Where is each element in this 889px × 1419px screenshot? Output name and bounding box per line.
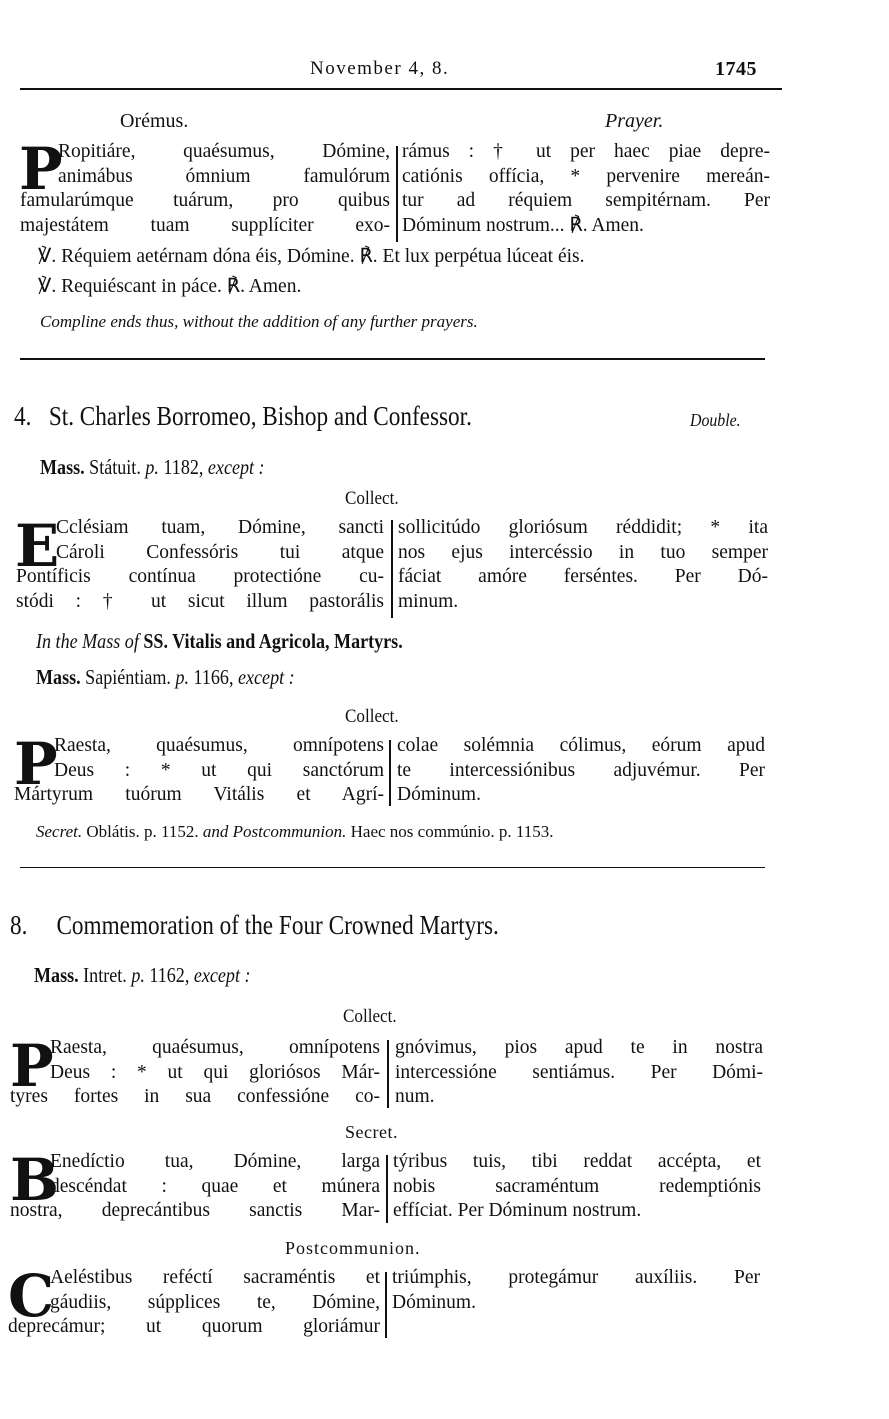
dropcap: P: [10, 1041, 54, 1091]
section-divider: [20, 867, 765, 868]
mass-page: 1182,: [163, 455, 203, 479]
text-line: Cclésiam tuam, Dómine, sancti: [56, 516, 384, 541]
text-line: famularúmque tuárum, pro quibus: [20, 189, 390, 214]
secret-heading: Secret.: [345, 1122, 398, 1143]
text-line: sollicitúdo gloriósum réddidit; * ita: [398, 516, 768, 541]
running-title: November 4, 8.: [310, 58, 449, 80]
text-line: tur ad réquiem sempitérnam. Per: [402, 189, 770, 214]
except-label: except :: [194, 963, 251, 987]
collect2-latin-right: colae solémnia cólimus, eórum apud te in…: [397, 734, 765, 808]
commemoration-title: SS. Vitalis and Agricola, Martyrs.: [143, 629, 402, 653]
text-line: nos ejus intercéssio in tuo semper: [398, 541, 768, 566]
feast-day-number: 8.: [10, 910, 27, 940]
page-number: 1745: [715, 58, 757, 81]
oremus-heading: Orémus.: [120, 110, 188, 133]
text-line: rámus : † ut per haec piae depre-: [402, 140, 770, 165]
mass-reference: Mass. Státuit. p. 1182, except :: [40, 455, 265, 480]
page-prefix: p.: [175, 665, 189, 689]
postcommunion-latin-left: C Aeléstibus reféctí sacraméntis et gáud…: [8, 1266, 380, 1340]
feast-title: Commemoration of the Four Crowned Martyr…: [56, 910, 498, 940]
oremus-latin-column: P Ropitiáre, quaésumus, Dómine, animábus…: [20, 140, 390, 238]
text-line: Dóminum.: [392, 1291, 760, 1316]
text-line: Raesta, quaésumus, omnípotens: [54, 734, 384, 759]
secret-page: p. 1152.: [144, 822, 199, 841]
page-prefix: p.: [145, 455, 159, 479]
collect-heading-2: Collect.: [345, 706, 399, 728]
postcommunion-text: Haec nos commúnio.: [351, 822, 495, 841]
text-line: tyres fortes in sua confessióne co-: [10, 1085, 380, 1110]
text-line: Raesta, quaésumus, omnípotens: [50, 1036, 380, 1061]
feast-rank: Double.: [690, 410, 741, 431]
mass-introit: Státuit.: [89, 455, 141, 479]
text-line: Pontíficis contínua protectióne cu-: [16, 565, 384, 590]
column-divider: [391, 520, 393, 618]
text-line: triúmphis, protegámur auxíliis. Per: [392, 1266, 760, 1291]
dropcap: E: [15, 521, 59, 571]
text-line: týribus tuis, tibi reddat accépta, et: [393, 1150, 761, 1175]
text-line: descéndat : quae et múnera: [50, 1175, 380, 1200]
commemoration-prefix: In the Mass of: [36, 629, 139, 653]
text-line: Enedíctio tua, Dómine, larga: [50, 1150, 380, 1175]
mass-page: 1162,: [149, 963, 189, 987]
text-line: gnóvimus, pios apud te in nostra: [395, 1036, 763, 1061]
feast-heading-nov8: 8. Commemoration of the Four Crowned Mar…: [10, 910, 499, 941]
text-line: Mártyrum tuórum Vitális et Agrí-: [14, 783, 384, 808]
text-line: num.: [395, 1085, 763, 1110]
collect-latin-right: sollicitúdo gloriósum réddidit; * ita no…: [398, 516, 768, 614]
mass-introit: Sapiéntiam.: [85, 665, 171, 689]
feast-heading-nov4: 4. St. Charles Borromeo, Bishop and Conf…: [14, 401, 472, 432]
text-line: Deus : * ut qui gloriósos Már-: [50, 1061, 380, 1086]
secret-text: Oblátis.: [86, 822, 139, 841]
collect3-latin-right: gnóvimus, pios apud te in nostra interce…: [395, 1036, 763, 1110]
text-line: Dóminum.: [397, 783, 765, 808]
text-line: majestátem tuam supplíciter exo-: [20, 214, 390, 239]
secret-postcommunion-note: Secret. Oblátis. p. 1152. and Postcommun…: [36, 822, 554, 842]
collect-latin-left: E Cclésiam tuam, Dómine, sancti Cároli C…: [16, 516, 384, 614]
text-line: animábus ómnium famulórum: [58, 165, 390, 190]
postcommunion-latin-right: triúmphis, protegámur auxíliis. Per Dómi…: [392, 1266, 760, 1315]
mass-reference-3: Mass. Intret. p. 1162, except :: [34, 963, 251, 988]
secret-label: Secret.: [36, 822, 82, 841]
secret-latin-left: B Enedíctio tua, Dómine, larga descéndat…: [10, 1150, 380, 1224]
collect-heading-3: Collect.: [343, 1006, 397, 1028]
text-line: catiónis offícia, * pervenire mereán-: [402, 165, 770, 190]
dropcap: P: [14, 739, 58, 789]
commemoration-line: In the Mass of SS. Vitalis and Agricola,…: [36, 629, 403, 654]
header-rule: [20, 88, 782, 90]
collect3-latin-left: P Raesta, quaésumus, omnípotens Deus : *…: [10, 1036, 380, 1110]
collect2-latin-left: P Raesta, quaésumus, omnípotens Deus : *…: [14, 734, 384, 808]
feast-day-number: 4.: [14, 401, 31, 431]
mass-label: Mass.: [40, 455, 85, 479]
postcommunion-heading: Postcommunion.: [285, 1238, 421, 1259]
prayer-continuation-column: rámus : † ut per haec piae depre- catión…: [402, 140, 770, 238]
text-line: Ropitiáre, quaésumus, Dómine,: [58, 140, 390, 165]
collect-heading: Collect.: [345, 488, 399, 510]
except-label: except :: [238, 665, 295, 689]
column-divider: [385, 1272, 387, 1338]
prayer-heading: Prayer.: [605, 110, 663, 133]
section-divider: [20, 358, 765, 360]
text-line: intercessióne sentiámus. Per Dómi-: [395, 1061, 763, 1086]
except-label: except :: [208, 455, 265, 479]
text-line: stódi : † ut sicut illum pastorális: [16, 590, 384, 615]
column-divider: [387, 1040, 389, 1108]
column-divider: [396, 146, 398, 242]
text-line: minum.: [398, 590, 768, 615]
postcommunion-label: and Postcommunion.: [203, 822, 347, 841]
text-line: Cároli Confessóris tui atque: [56, 541, 384, 566]
column-divider: [386, 1155, 388, 1223]
text-line: nobis sacraméntum redemptiónis: [393, 1175, 761, 1200]
text-line: colae solémnia cólimus, eórum apud: [397, 734, 765, 759]
feast-title: St. Charles Borromeo, Bishop and Confess…: [49, 401, 472, 431]
versicle-requiescant: ℣. Requiéscant in páce. ℟. Amen.: [38, 274, 301, 298]
text-line: nostra, deprecántibus sanctis Mar-: [10, 1199, 380, 1224]
mass-page: 1166,: [194, 665, 234, 689]
text-line: effíciat. Per Dóminum nostrum.: [393, 1199, 761, 1224]
text-line: te intercessiónibus adjuvémur. Per: [397, 759, 765, 784]
rubric-compline: Compline ends thus, without the addition…: [40, 312, 478, 332]
mass-label: Mass.: [36, 665, 81, 689]
mass-introit: Intret.: [83, 963, 127, 987]
page-prefix: p.: [131, 963, 145, 987]
text-line: Deus : * ut qui sanctórum: [54, 759, 384, 784]
text-line: deprecámur; ut quorum gloriámur: [8, 1315, 380, 1340]
column-divider: [389, 740, 391, 806]
text-line: Dóminum nostrum... ℟. Amen.: [402, 214, 770, 239]
secret-latin-right: týribus tuis, tibi reddat accépta, et no…: [393, 1150, 761, 1224]
dropcap: B: [10, 1155, 59, 1205]
versicle-requiem: ℣. Réquiem aetérnam dóna éis, Dómine. ℟.…: [38, 244, 585, 268]
dropcap: C: [8, 1271, 54, 1321]
mass-reference-2: Mass. Sapiéntiam. p. 1166, except :: [36, 665, 295, 690]
text-line: Aeléstibus reféctí sacraméntis et: [50, 1266, 380, 1291]
postcommunion-page: p. 1153.: [499, 822, 554, 841]
text-line: fáciat amóre ferséntes. Per Dó-: [398, 565, 768, 590]
mass-label: Mass.: [34, 963, 79, 987]
text-line: gáudiis, súpplices te, Dómine,: [50, 1291, 380, 1316]
